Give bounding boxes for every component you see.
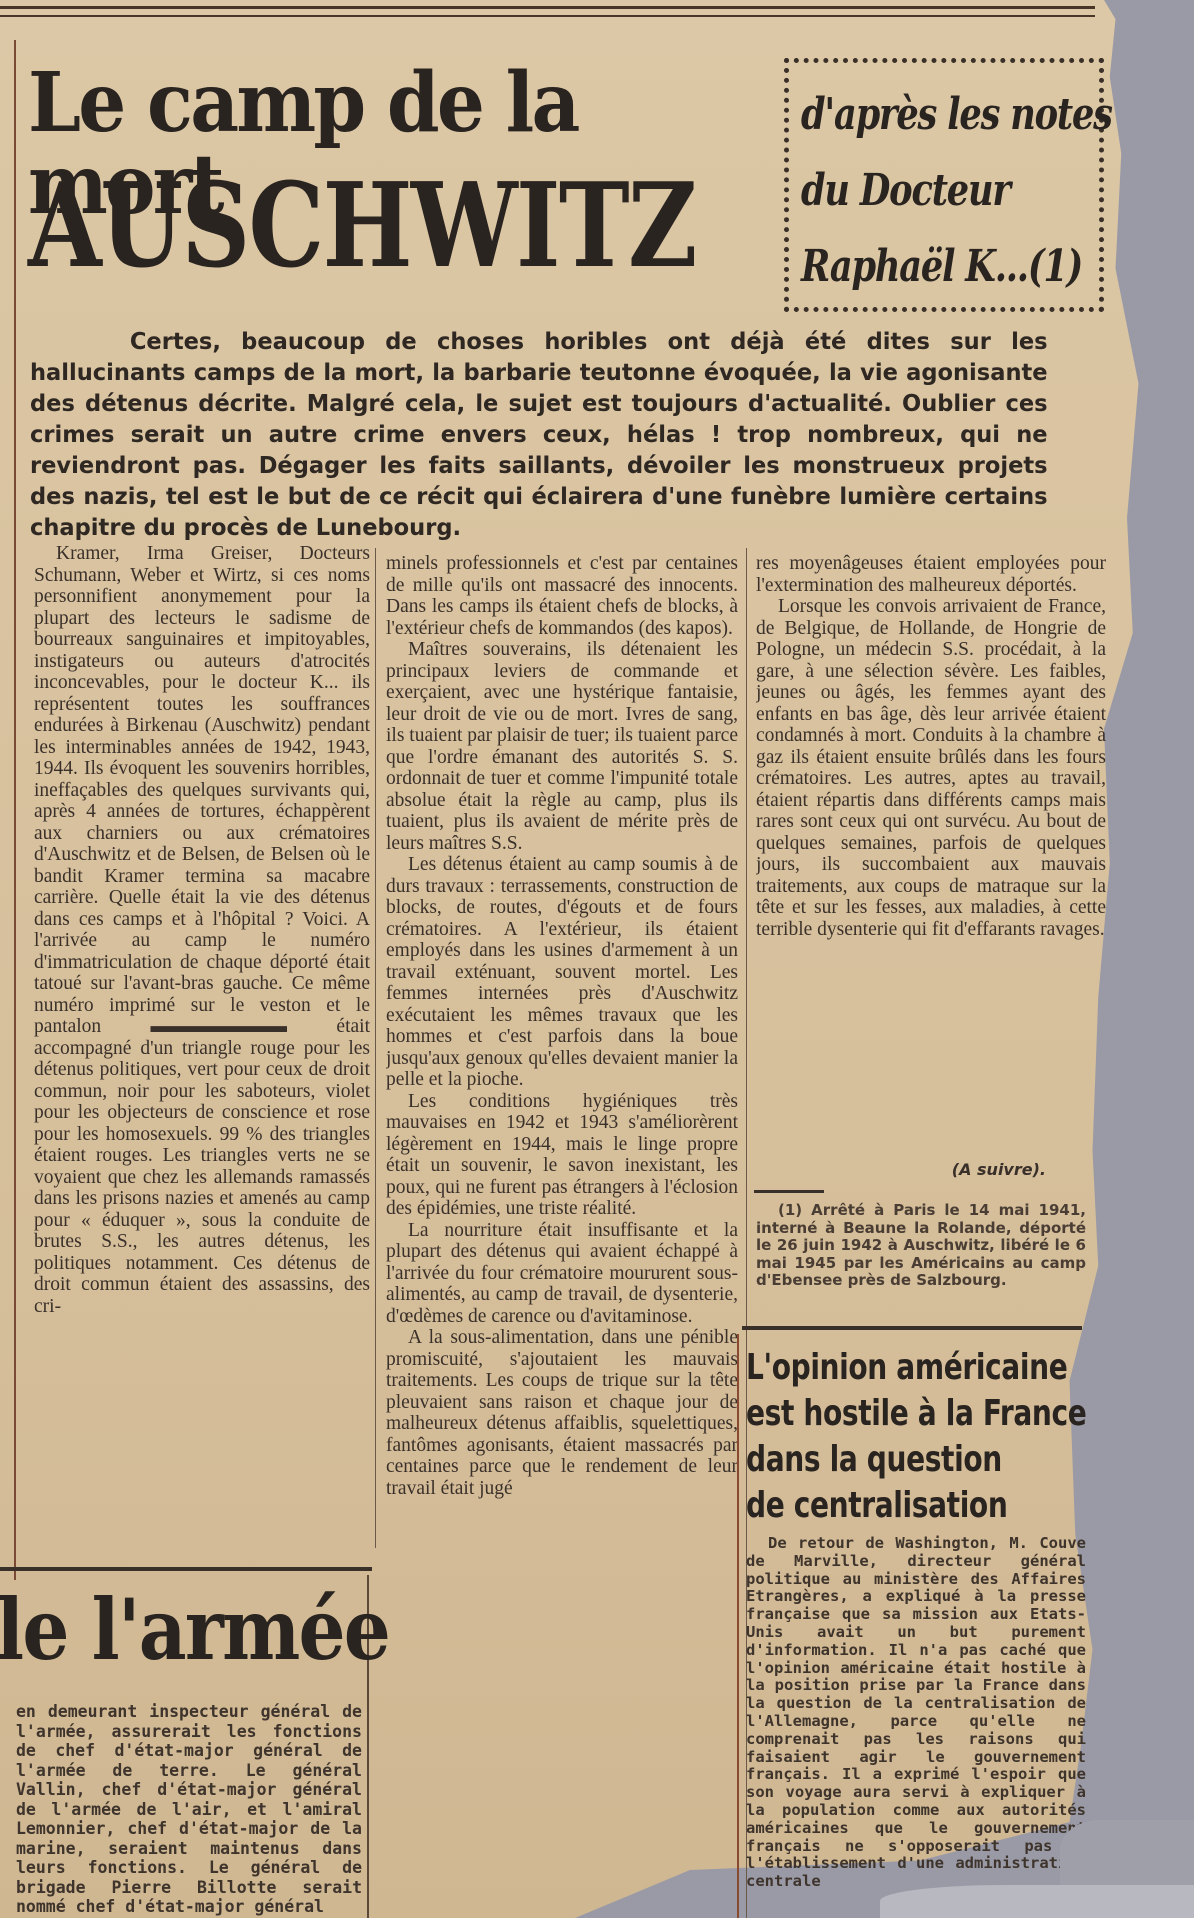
paragraph: Maîtres souverains, ils détenaient les p… bbox=[386, 639, 738, 854]
column-divider bbox=[375, 548, 376, 1548]
footnote-rule bbox=[754, 1190, 824, 1193]
byline-box: d'après les notes du Docteur Raphaël K..… bbox=[784, 58, 1104, 312]
headline-line: L'opinion américaine bbox=[746, 1345, 1027, 1391]
opinion-headline: L'opinion américaine est hostile à la Fr… bbox=[746, 1345, 1027, 1529]
section-rule bbox=[0, 1567, 372, 1571]
byline-line: d'après les notes bbox=[801, 93, 1031, 169]
byline-line: du Docteur bbox=[801, 169, 1031, 245]
paragraph: La nourriture était insuffisante et la p… bbox=[386, 1220, 738, 1328]
headline-line: dans la question bbox=[746, 1437, 1027, 1483]
section-rule bbox=[742, 1326, 1082, 1330]
paragraph: Les détenus étaient au camp soumis à de … bbox=[386, 854, 738, 1091]
article-column-2: minels professionnels et c'est par centa… bbox=[386, 553, 738, 1918]
paragraph: minels professionnels et c'est par centa… bbox=[386, 553, 738, 639]
headline-line2: AUSCHWITZ bbox=[28, 168, 651, 284]
paragraph: res moyenâgeuses étaient employées pour … bbox=[756, 553, 1106, 596]
torn-edge bbox=[880, 1885, 1194, 1918]
paragraph: A la sous-alimentation, dans une pénible… bbox=[386, 1327, 738, 1499]
armee-headline: le l'armée bbox=[0, 1588, 330, 1672]
byline-line: Raphaël K...(1) bbox=[801, 245, 1031, 321]
armee-article-body: en demeurant inspecteur général de l'arm… bbox=[16, 1702, 362, 1918]
footnote: (1) Arrêté à Paris le 14 mai 1941, inter… bbox=[756, 1202, 1086, 1290]
column-divider bbox=[737, 1334, 739, 1918]
article-column-3: res moyenâgeuses étaient employées pour … bbox=[756, 553, 1106, 1163]
paragraph: Les conditions hygiéniques très mauvaise… bbox=[386, 1091, 738, 1220]
opinion-article-body: De retour de Washington, M. Couve de Mar… bbox=[746, 1535, 1086, 1918]
top-rule bbox=[0, 6, 1095, 17]
article-intro: Certes, beaucoup de choses horibles ont … bbox=[30, 326, 1048, 543]
paragraph: Lorsque les convois arrivaient de France… bbox=[756, 596, 1106, 940]
to-be-continued: (A suivre). bbox=[756, 1160, 1046, 1179]
left-margin-rule bbox=[14, 40, 16, 1580]
headline-line: est hostile à la France bbox=[746, 1391, 1027, 1437]
paragraph: Kramer, Irma Greiser, Docteurs Schumann,… bbox=[34, 543, 370, 1317]
headline-line: de centralisation bbox=[746, 1483, 1027, 1529]
article-column-1: Kramer, Irma Greiser, Docteurs Schumann,… bbox=[34, 543, 370, 1553]
